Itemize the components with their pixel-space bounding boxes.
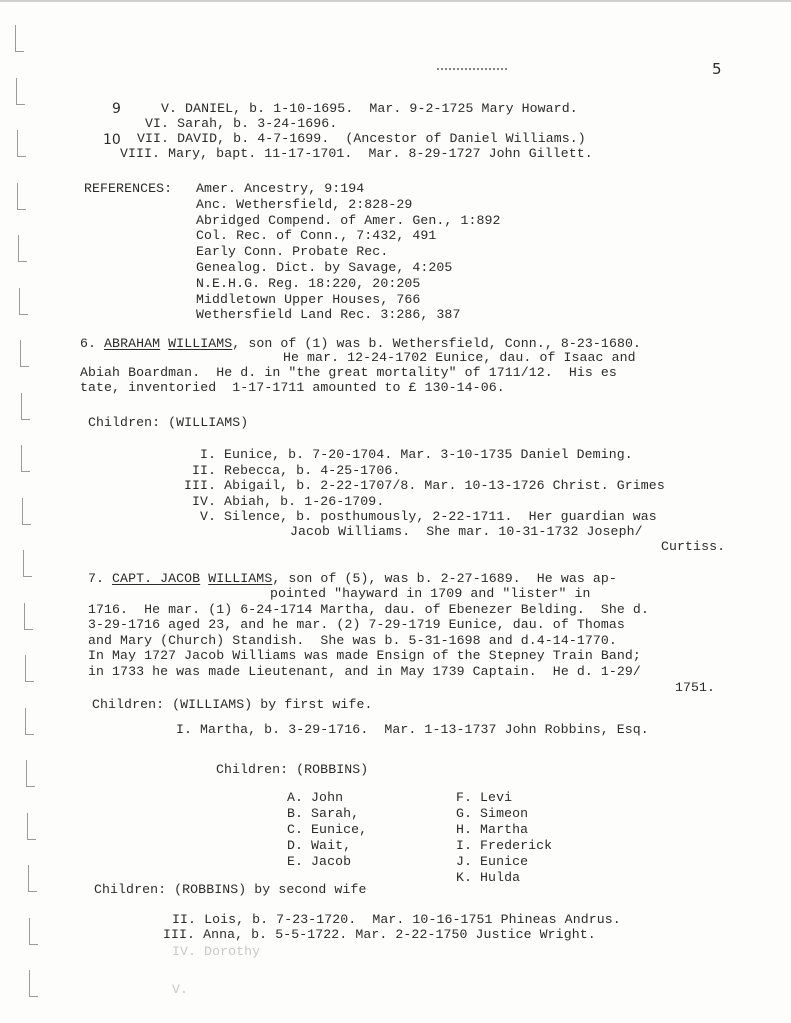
reference-item: Amer. Ancestry, 9:194 xyxy=(196,181,364,197)
margin-mark xyxy=(26,760,35,787)
margin-mark xyxy=(17,130,26,157)
child-entry: VI. Sarah, b. 3-24-1696. xyxy=(145,116,337,132)
person-surname: WILLIAMS xyxy=(168,336,232,351)
robbins-child: A. John xyxy=(287,790,343,806)
margin-mark xyxy=(23,550,32,577)
robbins-child: F. Levi xyxy=(456,790,512,806)
reference-item: Genealog. Dict. by Savage, 4:205 xyxy=(196,260,452,276)
reference-item: Col. Rec. of Conn., 7:432, 491 xyxy=(196,228,436,244)
margin-mark xyxy=(24,603,33,630)
header-smudge xyxy=(437,68,507,73)
references-label: REFERENCES: xyxy=(84,181,172,197)
margin-mark xyxy=(29,918,38,945)
margin-mark xyxy=(21,445,30,472)
entry-6-text: Abiah Boardman. He d. in "the great mort… xyxy=(80,365,617,381)
margin-mark xyxy=(21,393,30,420)
reference-item: Middletown Upper Houses, 766 xyxy=(196,292,420,308)
entry-6-text: tate, inventoried 1-17-1711 amounted to … xyxy=(80,380,505,396)
entry-7-text: In May 1727 Jacob Williams was made Ensi… xyxy=(88,648,641,664)
entry-6-text: He mar. 12-24-1702 Eunice, dau. of Isaac… xyxy=(283,350,636,366)
child-entry: II. Rebecca, b. 4-25-1706. xyxy=(192,463,400,479)
page-top-edge xyxy=(0,0,791,2)
generation-number: 10 xyxy=(103,132,121,148)
faded-child-entry: IV. Dorothy xyxy=(172,944,260,960)
margin-mark xyxy=(16,78,25,105)
child-entry: III. Anna, b. 5-5-1722. Mar. 2-22-1750 J… xyxy=(163,927,596,943)
margin-mark xyxy=(25,655,34,682)
reference-item: Anc. Wethersfield, 2:828-29 xyxy=(196,197,412,213)
margin-mark xyxy=(15,25,24,52)
child-entry: IV. Abiah, b. 1-26-1709. xyxy=(192,494,384,510)
child-entry: V. Silence, b. posthumously, 2-22-1711. … xyxy=(200,509,657,525)
margin-mark xyxy=(28,865,37,892)
robbins-child: I. Frederick xyxy=(456,838,552,854)
margin-mark xyxy=(25,708,34,735)
child-entry: I. Martha, b. 3-29-1716. Mar. 1-13-1737 … xyxy=(176,722,649,738)
child-entry-cont: Curtiss. xyxy=(661,539,725,555)
child-entry: VIII. Mary, bapt. 11-17-1701. Mar. 8-29-… xyxy=(120,146,593,162)
child-entry: V. DANIEL, b. 1-10-1695. Mar. 9-2-1725 M… xyxy=(161,101,578,117)
page-number: 5 xyxy=(712,60,722,78)
child-entry: III. Abigail, b. 2-22-1707/8. Mar. 10-13… xyxy=(184,478,665,494)
reference-item: Abridged Compend. of Amer. Gen., 1:892 xyxy=(196,213,501,229)
robbins-child: B. Sarah, xyxy=(287,806,359,822)
robbins-child: J. Eunice xyxy=(456,854,528,870)
margin-mark xyxy=(22,498,31,525)
person-surname: WILLIAMS xyxy=(208,571,272,586)
generation-number: 9 xyxy=(112,101,121,117)
entry-7-text: 1751. xyxy=(675,680,715,696)
robbins-child: E. Jacob xyxy=(287,854,351,870)
children-heading: Children: (ROBBINS) xyxy=(216,762,368,778)
margin-mark xyxy=(18,235,27,262)
margin-mark xyxy=(27,813,36,840)
faded-child-entry: V. xyxy=(172,982,188,998)
reference-item: Wethersfield Land Rec. 3:286, 387 xyxy=(196,307,460,323)
child-entry: II. Lois, b. 7-23-1720. Mar. 10-16-1751 … xyxy=(172,912,621,928)
robbins-child: C. Eunice, xyxy=(287,822,367,838)
robbins-child: H. Martha xyxy=(456,822,528,838)
person-name: ABRAHAM xyxy=(104,336,160,351)
document-page: 5 9 V. DANIEL, b. 1-10-1695. Mar. 9-2-17… xyxy=(0,0,791,1023)
entry-7-text: and Mary (Church) Standish. She was b. 5… xyxy=(88,633,617,649)
children-heading: Children: (WILLIAMS) by first wife. xyxy=(92,697,372,713)
child-entry-cont: Jacob Williams. She mar. 10-31-1732 Jose… xyxy=(290,524,643,540)
entry-7-heading: 7. CAPT. JACOB WILLIAMS, son of (5), was… xyxy=(88,571,617,587)
entry-7-text: in 1733 he was made Lieutenant, and in M… xyxy=(88,664,641,680)
child-entry: VII. DAVID, b. 4-7-1699. (Ancestor of Da… xyxy=(137,131,586,147)
margin-mark xyxy=(19,288,28,315)
reference-item: Early Conn. Probate Rec. xyxy=(196,244,388,260)
robbins-child: G. Simeon xyxy=(456,806,528,822)
person-name: CAPT. JACOB xyxy=(112,571,200,586)
child-entry: I. Eunice, b. 7-20-1704. Mar. 3-10-1735 … xyxy=(200,447,633,463)
entry-7-text: 3-29-1716 aged 23, and he mar. (2) 7-29-… xyxy=(88,617,625,633)
reference-item: N.E.H.G. Reg. 18:220, 20:205 xyxy=(196,276,420,292)
margin-mark xyxy=(17,183,26,210)
children-heading: Children: (ROBBINS) by second wife xyxy=(94,882,366,898)
entry-7-text: 1716. He mar. (1) 6-24-1714 Martha, dau.… xyxy=(88,602,649,618)
robbins-child: D. Wait, xyxy=(287,838,351,854)
robbins-child: K. Hulda xyxy=(456,870,520,886)
margin-mark xyxy=(29,970,38,997)
margin-mark xyxy=(20,340,29,367)
entry-7-text: pointed "hayward in 1709 and "lister" in xyxy=(270,586,591,602)
children-heading: Children: (WILLIAMS) xyxy=(88,415,248,431)
